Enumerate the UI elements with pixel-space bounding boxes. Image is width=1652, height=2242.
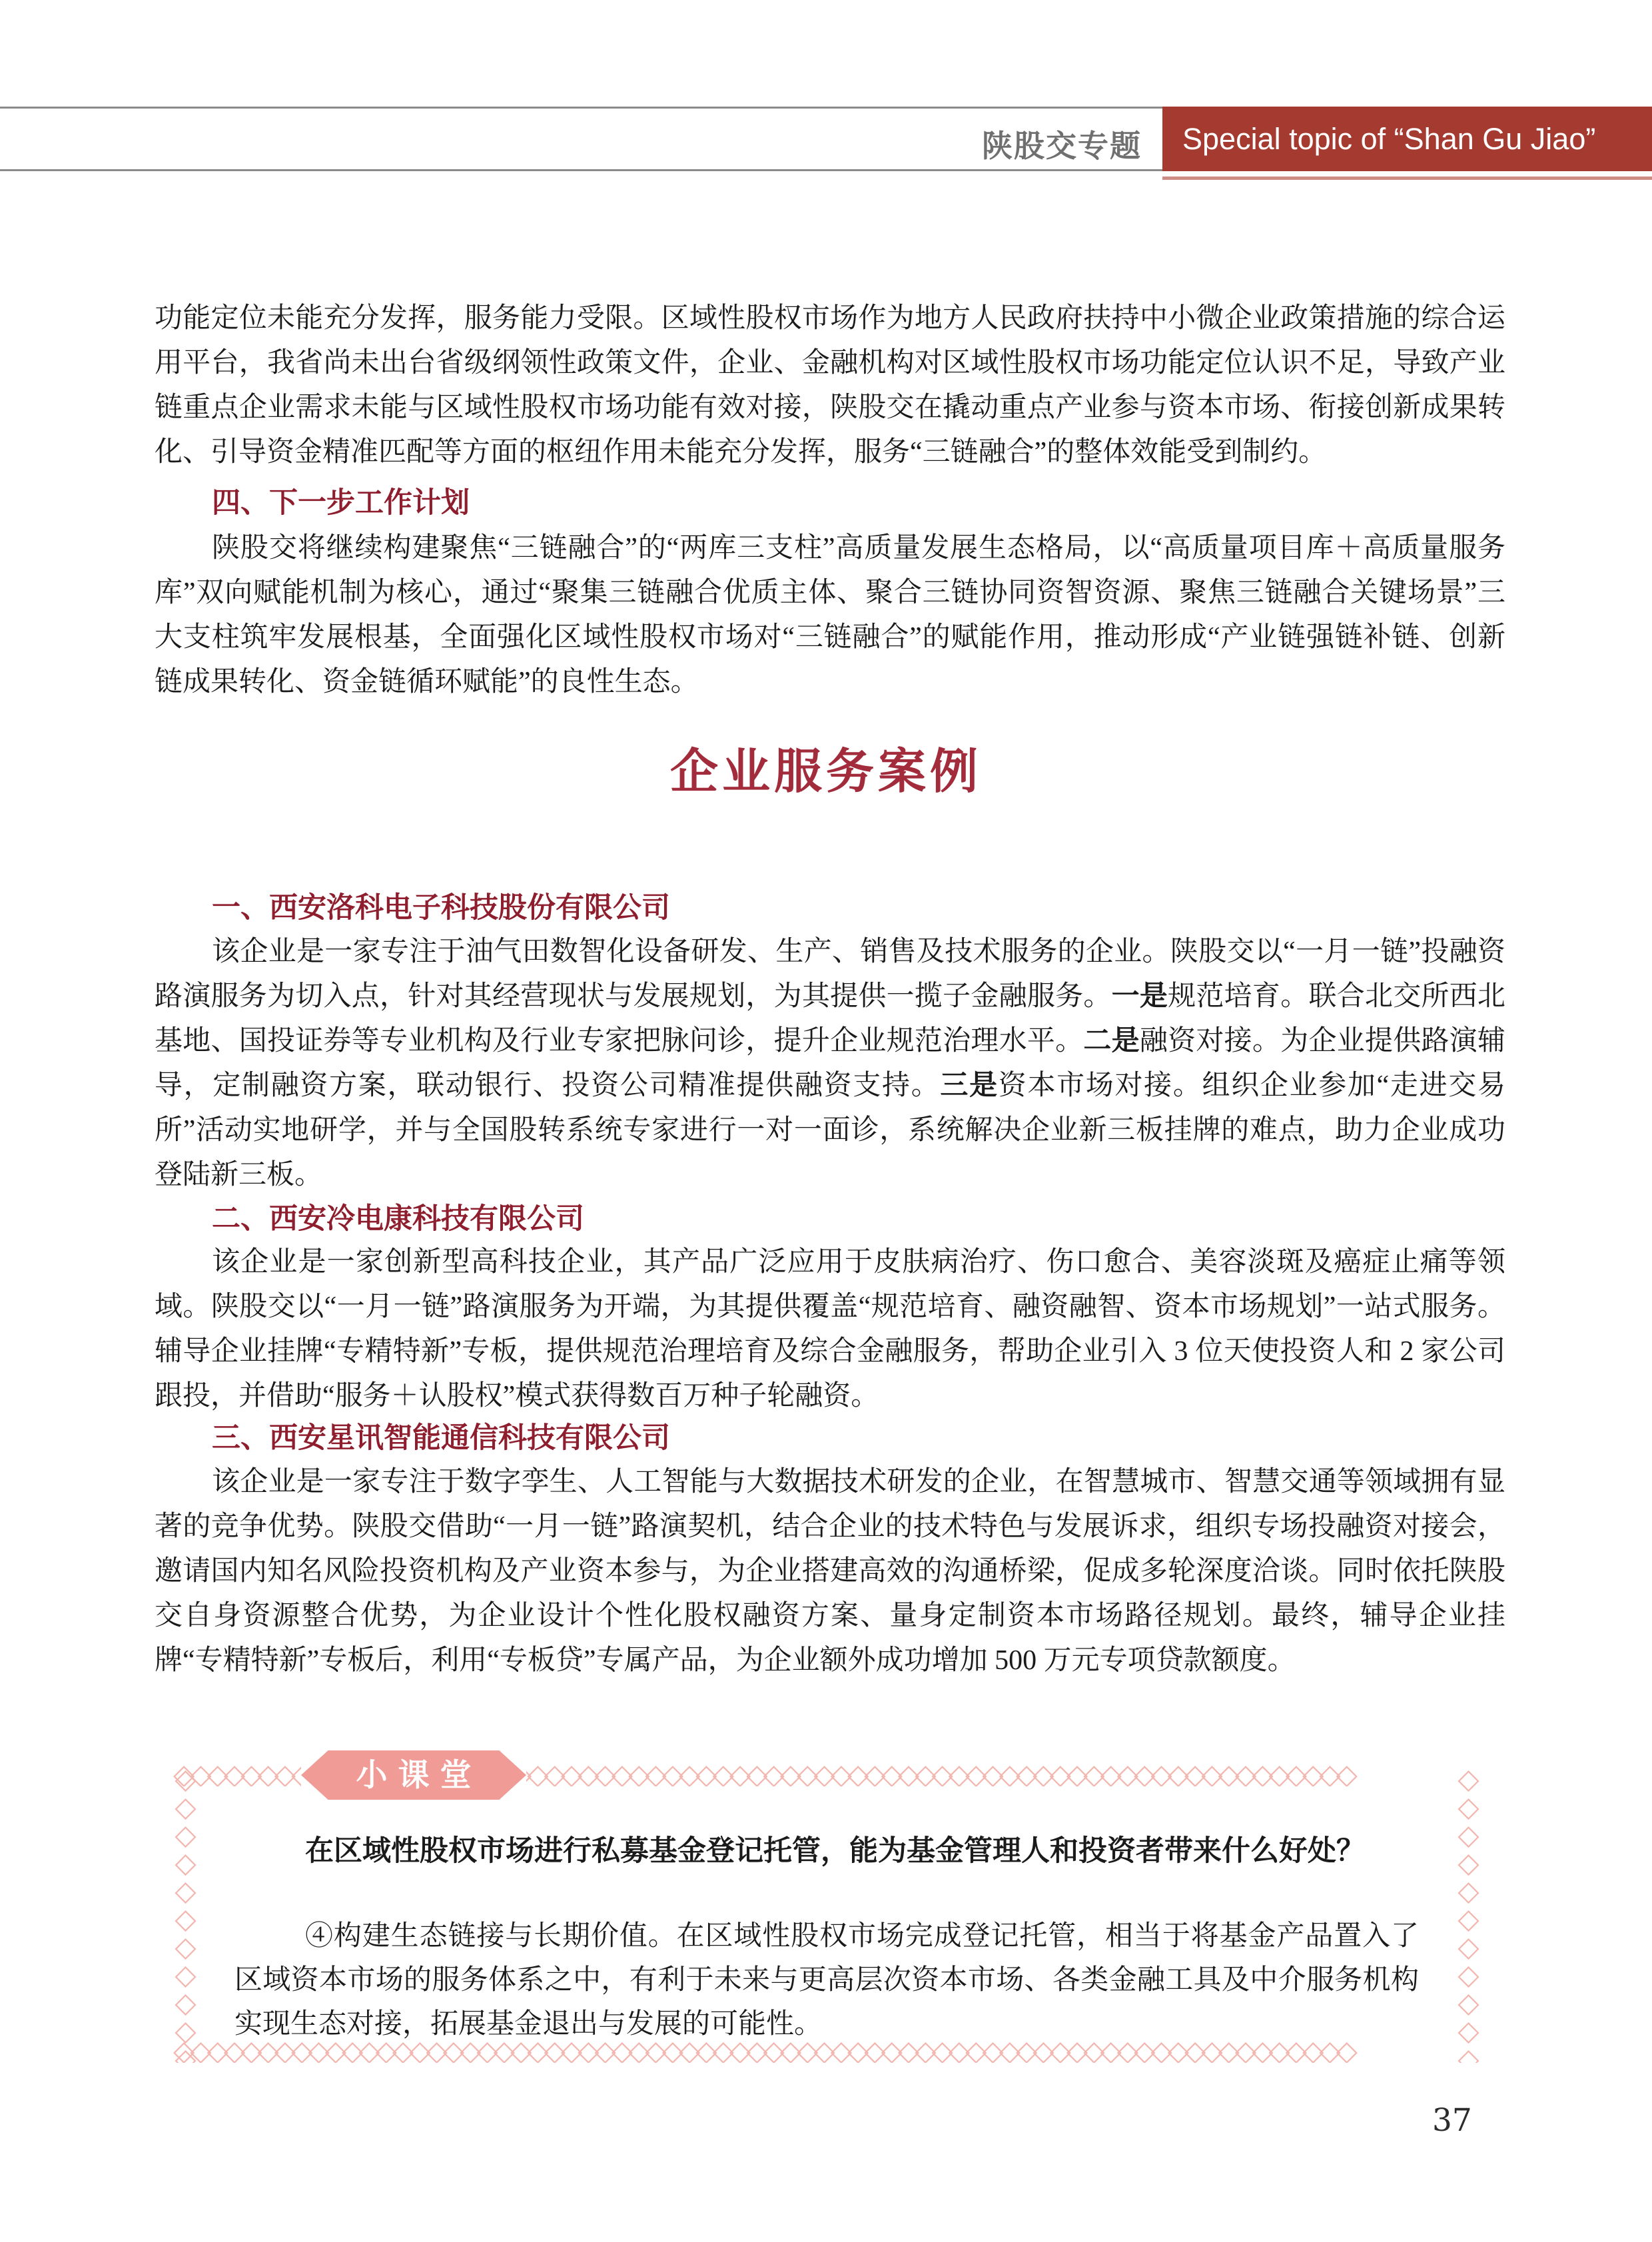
header-topic-banner: Special topic of “Shan Gu Jiao” — [1162, 107, 1652, 171]
heading-case-2: 二、西安冷电康科技有限公司 — [155, 1197, 1505, 1242]
header-rule-bottom — [0, 169, 1162, 171]
lesson-box: ◇◇◇◇◇◇◇◇◇◇◇◇◇◇◇◇◇◇◇◇◇◇◇◇◇◇◇◇◇◇◇◇◇◇◇◇◇◇◇◇… — [173, 1762, 1480, 2063]
lesson-box-border-right: ◇◇◇◇◇◇◇◇◇◇◇◇◇◇◇◇ — [1456, 1762, 1480, 2063]
paragraph-plan: 陕股交将继续构建聚焦“三链融合”的“两库三支柱”高质量发展生态格局，以“高质量项… — [155, 526, 1505, 705]
page-title: 企业服务案例 — [0, 733, 1652, 802]
lesson-answer: ④构建生态链接与长期价值。在区域性股权市场完成登记托管，相当于将基金产品置入了区… — [234, 1914, 1419, 2046]
heading-case-3: 三、西安星讯智能通信科技有限公司 — [155, 1416, 1505, 1461]
paragraph-case-1: 该企业是一家专注于油气田数智化设备研发、生产、销售及技术服务的企业。陕股交以“一… — [155, 930, 1505, 1198]
header-topic-cn: 陕股交专题 — [982, 122, 1142, 166]
paragraph-intro: 功能定位未能充分发挥，服务能力受限。区域性股权市场作为地方人民政府扶持中小微企业… — [155, 296, 1505, 475]
header-accent-line — [1162, 177, 1652, 180]
heading-next-step-plan: 四、下一步工作计划 — [155, 481, 1505, 526]
lesson-badge: 小课堂 — [301, 1750, 526, 1800]
magazine-page: 陕股交专题 Special topic of “Shan Gu Jiao” 功能… — [0, 0, 1652, 2242]
paragraph-case-2: 该企业是一家创新型高科技企业，其产品广泛应用于皮肤病治疗、伤口愈合、美容淡斑及癌… — [155, 1240, 1505, 1419]
header-rule-top — [0, 107, 1162, 109]
heading-case-1: 一、西安洛科电子科技股份有限公司 — [155, 886, 1505, 931]
paragraph-case-3: 该企业是一家专注于数字孪生、人工智能与大数据技术研发的企业，在智慧城市、智慧交通… — [155, 1460, 1505, 1683]
lesson-box-border-left: ◇◇◇◇◇◇◇◇◇◇◇◇◇◇◇◇ — [173, 1762, 197, 2063]
page-number: 37 — [1432, 2102, 1472, 2139]
lesson-question: 在区域性股权市场进行私募基金登记托管，能为基金管理人和投资者带来什么好处？ — [234, 1832, 1419, 1872]
